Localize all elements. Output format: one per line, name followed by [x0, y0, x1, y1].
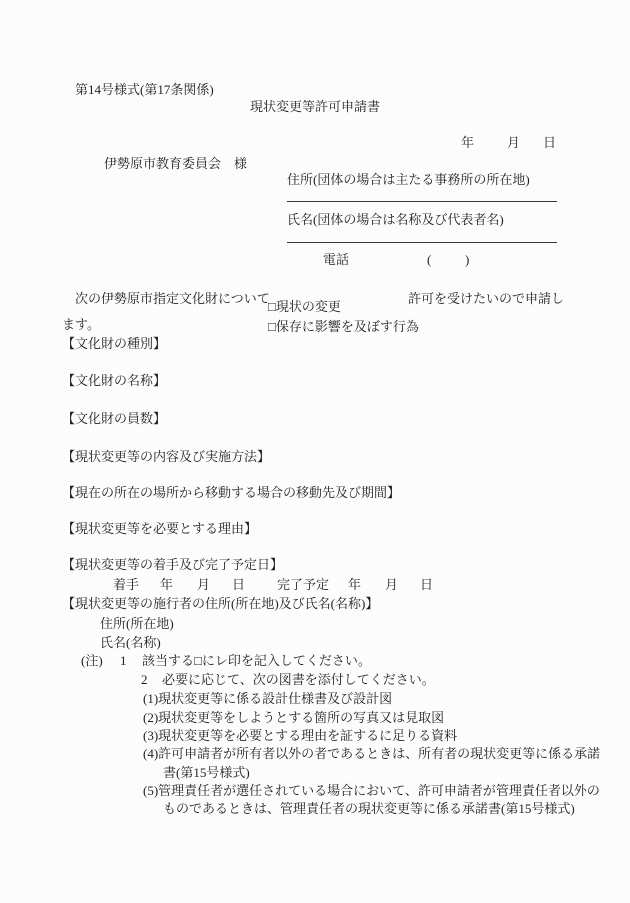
intro-suffix: 許可を受けたいので申請し — [408, 290, 564, 307]
section-shikosha: 【現状変更等の施行者の住所(所在地)及び氏名(名称)】 — [62, 595, 378, 612]
schedule-start-month-label: 月 — [197, 576, 210, 593]
applicant-address-underline — [287, 201, 557, 202]
intro-continuation: ます。 — [62, 316, 100, 333]
attachment-item-4-continuation: 書(第15号様式) — [163, 764, 250, 781]
executor-address-label: 住所(所在地) — [100, 615, 174, 632]
checkbox-hozon-eikyo-icon[interactable]: □ — [268, 318, 276, 335]
phone-paren-open: ( — [427, 251, 431, 268]
section-riyu: 【現状変更等を必要とする理由】 — [62, 520, 257, 537]
schedule-end-day-label: 日 — [420, 576, 433, 593]
executor-name-label: 氏名(名称) — [100, 634, 161, 651]
section-naiyo-hoho: 【現状変更等の内容及び実施方法】 — [62, 448, 270, 465]
schedule-start-day-label: 日 — [232, 576, 245, 593]
applicant-name-underline — [287, 242, 557, 243]
attachment-item-1: (1)現状変更等に係る設計仕様書及び設計図 — [143, 690, 392, 707]
document-page: 第14号様式(第17条関係) 現状変更等許可申請書 年 月 日 伊勢原市教育委員… — [0, 0, 630, 903]
section-ido-kikan: 【現在の所在の場所から移動する場合の移動先及び期間】 — [62, 484, 400, 501]
attachment-item-5-continuation: ものであるときは、管理責任者の現状変更等に係る承諾書(第15号様式) — [163, 800, 575, 817]
section-bunkazai-meisho: 【文化財の名称】 — [62, 372, 166, 389]
phone-paren-close: ) — [465, 251, 469, 268]
intro-prefix: 次の伊勢原市指定文化財について — [75, 290, 270, 307]
attachment-item-5: (5)管理責任者が選任されている場合において、許可申請者が管理責任者以外の — [143, 782, 600, 799]
option-hozon-eikyo-label: 保存に影響を及ぼす行為 — [276, 319, 419, 334]
attachment-item-4: (4)許可申請者が所有者以外の者であるときは、所有者の現状変更等に係る承諾 — [143, 745, 600, 762]
section-yotei-bi: 【現状変更等の着手及び完了予定日】 — [62, 556, 283, 573]
schedule-kanryo-label: 完了予定 — [277, 576, 329, 593]
page-title: 現状変更等許可申請書 — [0, 98, 630, 115]
note-1-number: 1 — [120, 652, 127, 669]
schedule-end-year-label: 年 — [348, 576, 361, 593]
note-2-text: 必要に応じて、次の図書を添付してください。 — [162, 671, 435, 688]
schedule-start-year-label: 年 — [160, 576, 173, 593]
attachment-item-2: (2)現状変更等をしようとする箇所の写真又は見取図 — [143, 709, 444, 726]
note-2-number: 2 — [141, 671, 148, 688]
option-hozon-eikyo: □保存に影響を及ぼす行為 — [255, 301, 419, 352]
phone-label: 電話 — [323, 251, 349, 268]
applicant-name-label: 氏名(団体の場合は名称及び代表者名) — [287, 211, 504, 228]
addressee: 伊勢原市教育委員会 様 — [104, 155, 247, 172]
schedule-chakushu-label: 着手 — [113, 576, 139, 593]
date-day-label: 日 — [543, 134, 556, 151]
note-1-text: 該当する□にレ印を記入してください。 — [142, 652, 371, 669]
section-bunkazai-insu: 【文化財の員数】 — [62, 410, 166, 427]
notes-label: (注) — [81, 652, 103, 669]
form-number: 第14号様式(第17条関係) — [75, 81, 214, 98]
applicant-address-label: 住所(団体の場合は主たる事務所の所在地) — [287, 171, 530, 188]
date-year-label: 年 — [461, 134, 474, 151]
section-bunkazai-shubetsu: 【文化財の種別】 — [62, 335, 166, 352]
date-month-label: 月 — [507, 134, 520, 151]
schedule-end-month-label: 月 — [385, 576, 398, 593]
attachment-item-3: (3)現状変更等を必要とする理由を証するに足りる資料 — [143, 727, 457, 744]
